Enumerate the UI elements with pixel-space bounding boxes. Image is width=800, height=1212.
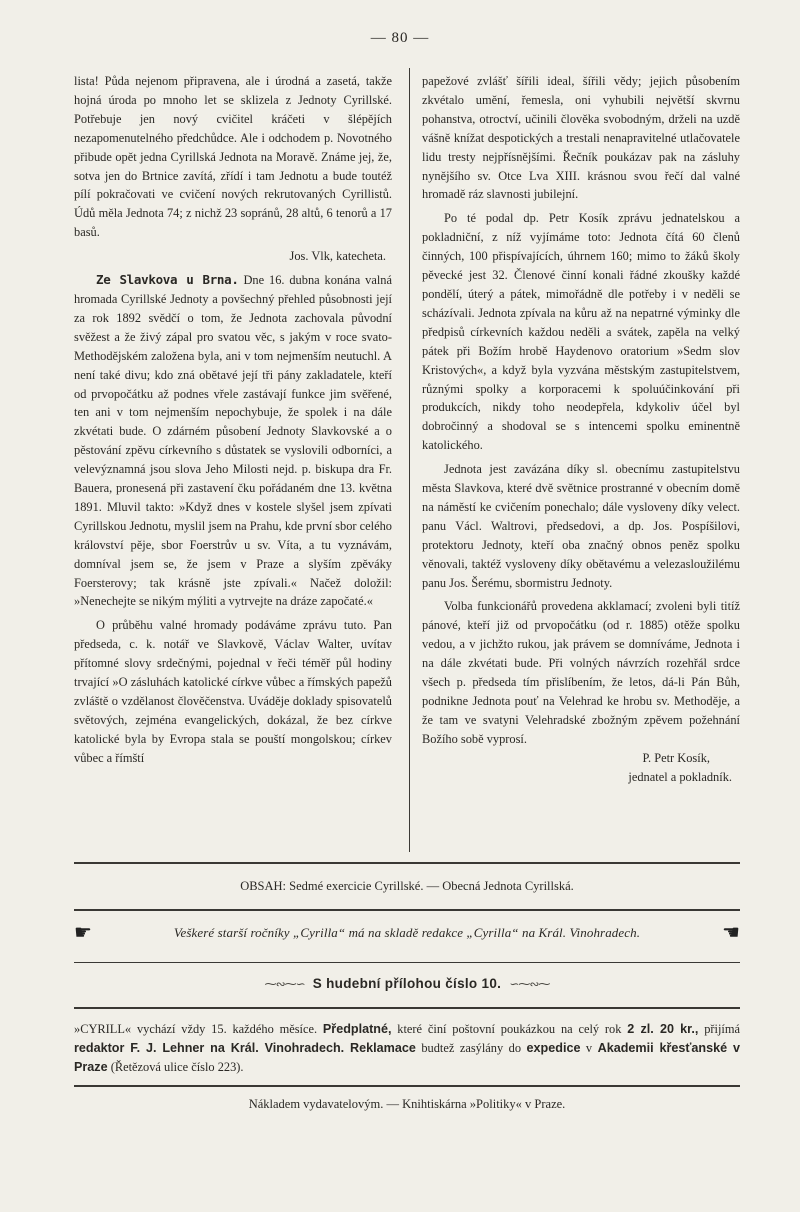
- emphasis: Předplatné,: [323, 1022, 392, 1036]
- left-column: lista! Půda nejenom připravena, ale i úr…: [74, 72, 392, 768]
- paragraph: lista! Půda nejenom připravena, ale i úr…: [74, 72, 392, 242]
- flourish-left-icon: ⁓∾⁓∽: [265, 977, 305, 991]
- divider: [74, 962, 740, 963]
- signature-name: P. Petr Kosík,: [422, 749, 732, 768]
- divider: [74, 862, 740, 864]
- text: budtež zasýlány do: [416, 1041, 527, 1055]
- emphasis: expedice: [527, 1041, 581, 1055]
- divider: [74, 1007, 740, 1009]
- text: přijímá: [698, 1022, 740, 1036]
- text: v: [580, 1041, 597, 1055]
- text: (Řetězová ulice číslo 223).: [108, 1060, 244, 1074]
- paragraph: Jednota jest zavázána díky sl. obecnímu …: [422, 460, 740, 592]
- text: »CYRILL« vychází vždy 15. každého měsíce…: [74, 1022, 323, 1036]
- signature-role: jednatel a pokladník.: [422, 768, 732, 787]
- contents-line: OBSAH: Sedmé exercicie Cyrillské. — Obec…: [74, 879, 740, 894]
- page-number: — 80 —: [0, 30, 800, 47]
- signature: P. Petr Kosík, jednatel a pokladník.: [422, 749, 740, 787]
- notice-text: Veškeré starší ročníky „Cyrilla“ má na s…: [174, 925, 640, 941]
- imprint-line: Nákladem vydavatelovým. — Knihtiskárna »…: [74, 1097, 740, 1112]
- divider: [74, 1085, 740, 1087]
- flourish-right-icon: ∽⁓∾⁓: [509, 977, 549, 991]
- section-heading: Ze Slavkova u Brna.: [96, 272, 239, 287]
- divider: [74, 909, 740, 911]
- price: 2 zl. 20 kr.,: [627, 1022, 698, 1036]
- signature: Jos. Vlk, katecheta.: [74, 247, 392, 266]
- paragraph: papežové zvlášť šířili ideal, šířili věd…: [422, 72, 740, 204]
- paragraph: Ze Slavkova u Brna. Dne 16. dubna konána…: [74, 271, 392, 611]
- subscription-info: »CYRILL« vychází vždy 15. každého měsíce…: [74, 1020, 740, 1077]
- pointing-hand-left-icon: ☛: [722, 926, 740, 940]
- paragraph: O průběhu valné hromady podáváme zprávu …: [74, 616, 392, 767]
- notice-line: ☛ Veškeré starší ročníky „Cyrilla“ má na…: [74, 925, 740, 941]
- supplement-line: ⁓∾⁓∽ S hudební přílohou číslo 10. ∽⁓∾⁓: [74, 976, 740, 991]
- editor-address: redaktor F. J. Lehner na Král. Vinohrade…: [74, 1041, 416, 1055]
- column-divider: [409, 68, 410, 852]
- paragraph-text: Dne 16. dubna konána valná hromada Cyril…: [74, 273, 392, 608]
- text: které činí poštovní poukázkou na celý ro…: [391, 1022, 627, 1036]
- right-column: papežové zvlášť šířili ideal, šířili věd…: [422, 72, 740, 787]
- paragraph: Volba funkcionářů provedena akklamací; z…: [422, 597, 740, 748]
- article-columns: lista! Půda nejenom připravena, ale i úr…: [74, 72, 740, 856]
- supplement-text: S hudební přílohou číslo 10.: [313, 976, 501, 991]
- paragraph: Po té podal dp. Petr Kosík zprávu jednat…: [422, 209, 740, 455]
- pointing-hand-right-icon: ☛: [74, 926, 92, 940]
